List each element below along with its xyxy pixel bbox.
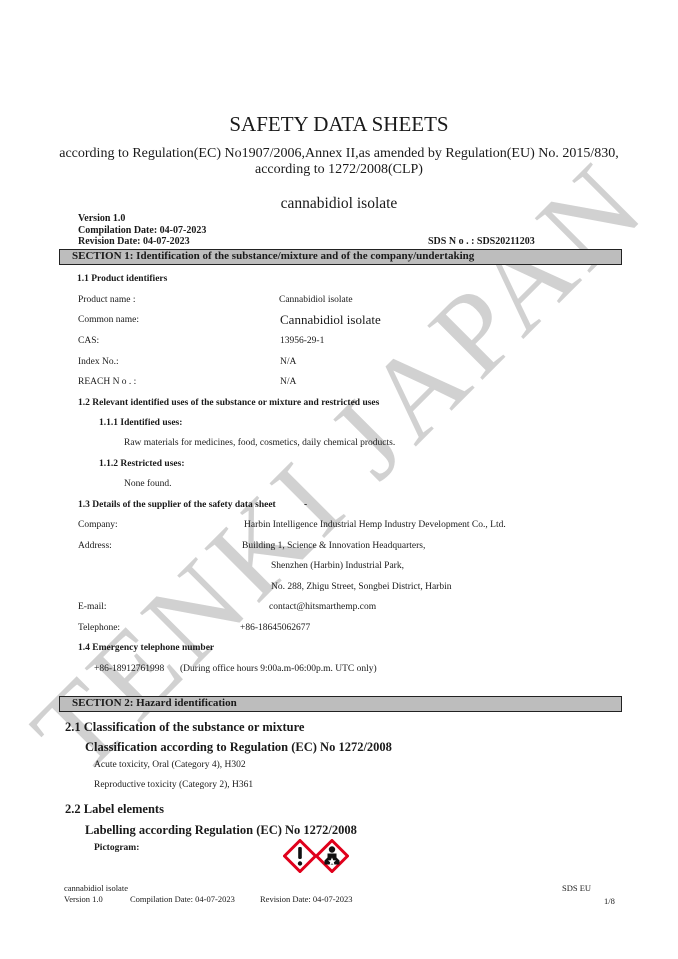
footer-version: Version 1.0 (64, 894, 103, 904)
address-label: Address: (78, 541, 112, 551)
health-hazard-icon (315, 839, 349, 873)
product-name-label: Product name : (78, 295, 136, 305)
email-value[interactable]: contact@hitsmarthemp.com (269, 602, 376, 612)
common-name-label: Common name: (78, 315, 139, 325)
compilation-date: Compilation Date: 04-07-2023 (78, 225, 206, 236)
common-name-value: Cannabidiol isolate (280, 312, 381, 328)
emergency-phone: +86-18912761998 (94, 664, 164, 674)
company-value: Harbin Intelligence Industrial Hemp Indu… (244, 520, 506, 530)
cas-value: 13956-29-1 (280, 336, 324, 346)
classification-subheading: Classification according to Regulation (… (85, 740, 392, 755)
footer-product: cannabidiol isolate (64, 883, 128, 893)
supplier-heading: 1.3 Details of the supplier of the safet… (78, 500, 276, 510)
section-1-header: SECTION 1: Identification of the substan… (59, 249, 622, 265)
label-elements-heading: 2.2 Label elements (65, 802, 164, 817)
reach-no-value: N/A (280, 377, 296, 387)
section-2-header: SECTION 2: Hazard identification (59, 696, 622, 712)
address-line-2: Shenzhen (Harbin) Industrial Park, (271, 561, 404, 571)
identified-uses-heading: 1.1.1 Identified uses: (99, 418, 182, 428)
telephone-value: +86-18645062677 (240, 623, 310, 633)
classification-item-2: Reproductive toxicity (Category 2), H361 (94, 780, 253, 790)
labelling-subheading: Labelling according Regulation (EC) No 1… (85, 823, 357, 838)
emergency-heading: 1.4 Emergency telephone number (78, 643, 214, 653)
emergency-note: (During office hours 9:00a.m-06:00p.m. U… (180, 664, 377, 674)
product-identifiers-heading: 1.1 Product identifiers (77, 274, 167, 284)
index-no-label: Index No.: (78, 357, 119, 367)
product-name-value: Cannabidiol isolate (279, 295, 353, 305)
restricted-uses-heading: 1.1.2 Restricted uses: (99, 459, 184, 469)
sds-page: SAFETY DATA SHEETS according to Regulati… (0, 0, 678, 959)
supplier-heading-dash: - (304, 500, 307, 510)
classification-heading: 2.1 Classification of the substance or m… (65, 720, 304, 735)
identified-uses-text: Raw materials for medicines, food, cosme… (124, 438, 395, 448)
company-label: Company: (78, 520, 118, 530)
regulation-line-1: according to Regulation(EC) No1907/2006,… (0, 146, 678, 162)
revision-date: Revision Date: 04-07-2023 (78, 236, 190, 247)
document-title: SAFETY DATA SHEETS (0, 112, 678, 137)
footer-compilation-date: Compilation Date: 04-07-2023 (130, 894, 235, 904)
address-line-1: Building 1, Science & Innovation Headqua… (242, 541, 425, 551)
footer-doc-type: SDS EU (562, 883, 591, 893)
index-no-value: N/A (280, 357, 296, 367)
uses-heading: 1.2 Relevant identified uses of the subs… (78, 398, 379, 408)
classification-item-1: Acute toxicity, Oral (Category 4), H302 (94, 760, 246, 770)
page-number: 1/8 (604, 896, 615, 906)
cas-label: CAS: (78, 336, 99, 346)
footer-revision-date: Revision Date: 04-07-2023 (260, 894, 353, 904)
product-title: cannabidiol isolate (0, 195, 678, 213)
restricted-uses-text: None found. (124, 479, 172, 489)
email-label: E-mail: (78, 602, 107, 612)
exclamation-mark-icon (283, 839, 317, 873)
version: Version 1.0 (78, 213, 125, 224)
address-line-3: No. 288, Zhigu Street, Songbei District,… (271, 582, 451, 592)
reach-no-label: REACH N o . : (78, 377, 136, 387)
sds-number: SDS N o . : SDS20211203 (428, 236, 535, 247)
pictogram-label: Pictogram: (94, 843, 139, 853)
telephone-label: Telephone: (78, 623, 120, 633)
regulation-line-2: according to 1272/2008(CLP) (0, 162, 678, 178)
